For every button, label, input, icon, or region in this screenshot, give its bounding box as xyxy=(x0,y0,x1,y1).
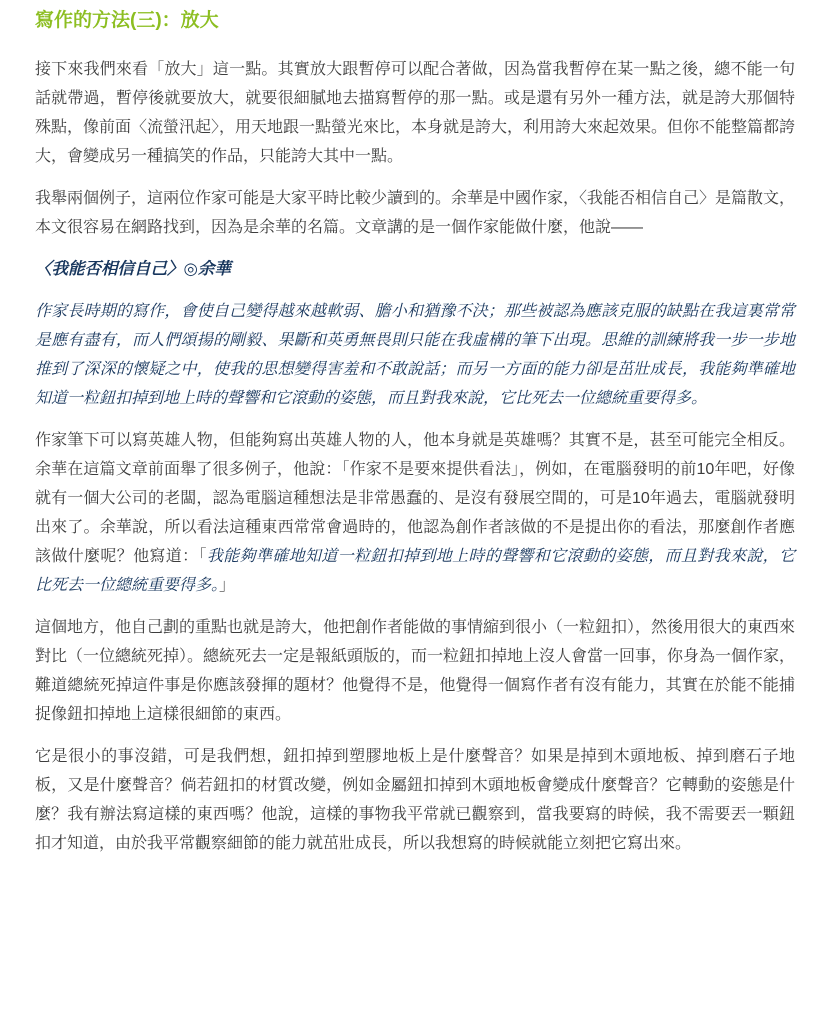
paragraph-intro-magnify: 接下來我們來看「放大」這一點。其實放大跟暫停可以配合著做，因為當我暫停在某一點之… xyxy=(35,55,795,171)
essay-subtitle: 〈我能否相信自己〉◎余華 xyxy=(35,255,795,284)
paragraph-two-examples: 我舉兩個例子，這兩位作家可能是大家平時比較少讀到的。余華是中國作家，〈我能否相信… xyxy=(35,184,795,242)
paragraph-button-vs-president: 這個地方，他自己劃的重點也就是誇大，他把創作者能做的事情縮到很小（一粒鈕扣），然… xyxy=(35,613,795,729)
paragraph-button-sounds: 它是很小的事沒錯，可是我們想，鈕扣掉到塑膠地板上是什麼聲音？如果是掉到木頭地板、… xyxy=(35,742,795,858)
paragraph-hero-discussion: 作家筆下可以寫英雄人物，但能夠寫出英雄人物的人，他本身就是英雄嗎？其實不是，甚至… xyxy=(35,426,795,600)
article-body: 寫作的方法(三)：放大 接下來我們來看「放大」這一點。其實放大跟暫停可以配合著做… xyxy=(0,0,829,858)
article-title: 寫作的方法(三)：放大 xyxy=(35,8,795,34)
essay-quote-paragraph: 作家長時期的寫作，會使自己變得越來越軟弱、膽小和猶豫不決；那些被認為應該克服的缺… xyxy=(35,297,795,413)
paragraph-hero-discussion-text: 作家筆下可以寫英雄人物，但能夠寫出英雄人物的人，他本身就是英雄嗎？其實不是，甚至… xyxy=(35,432,795,565)
closing-quote-mark: 」 xyxy=(219,577,235,594)
